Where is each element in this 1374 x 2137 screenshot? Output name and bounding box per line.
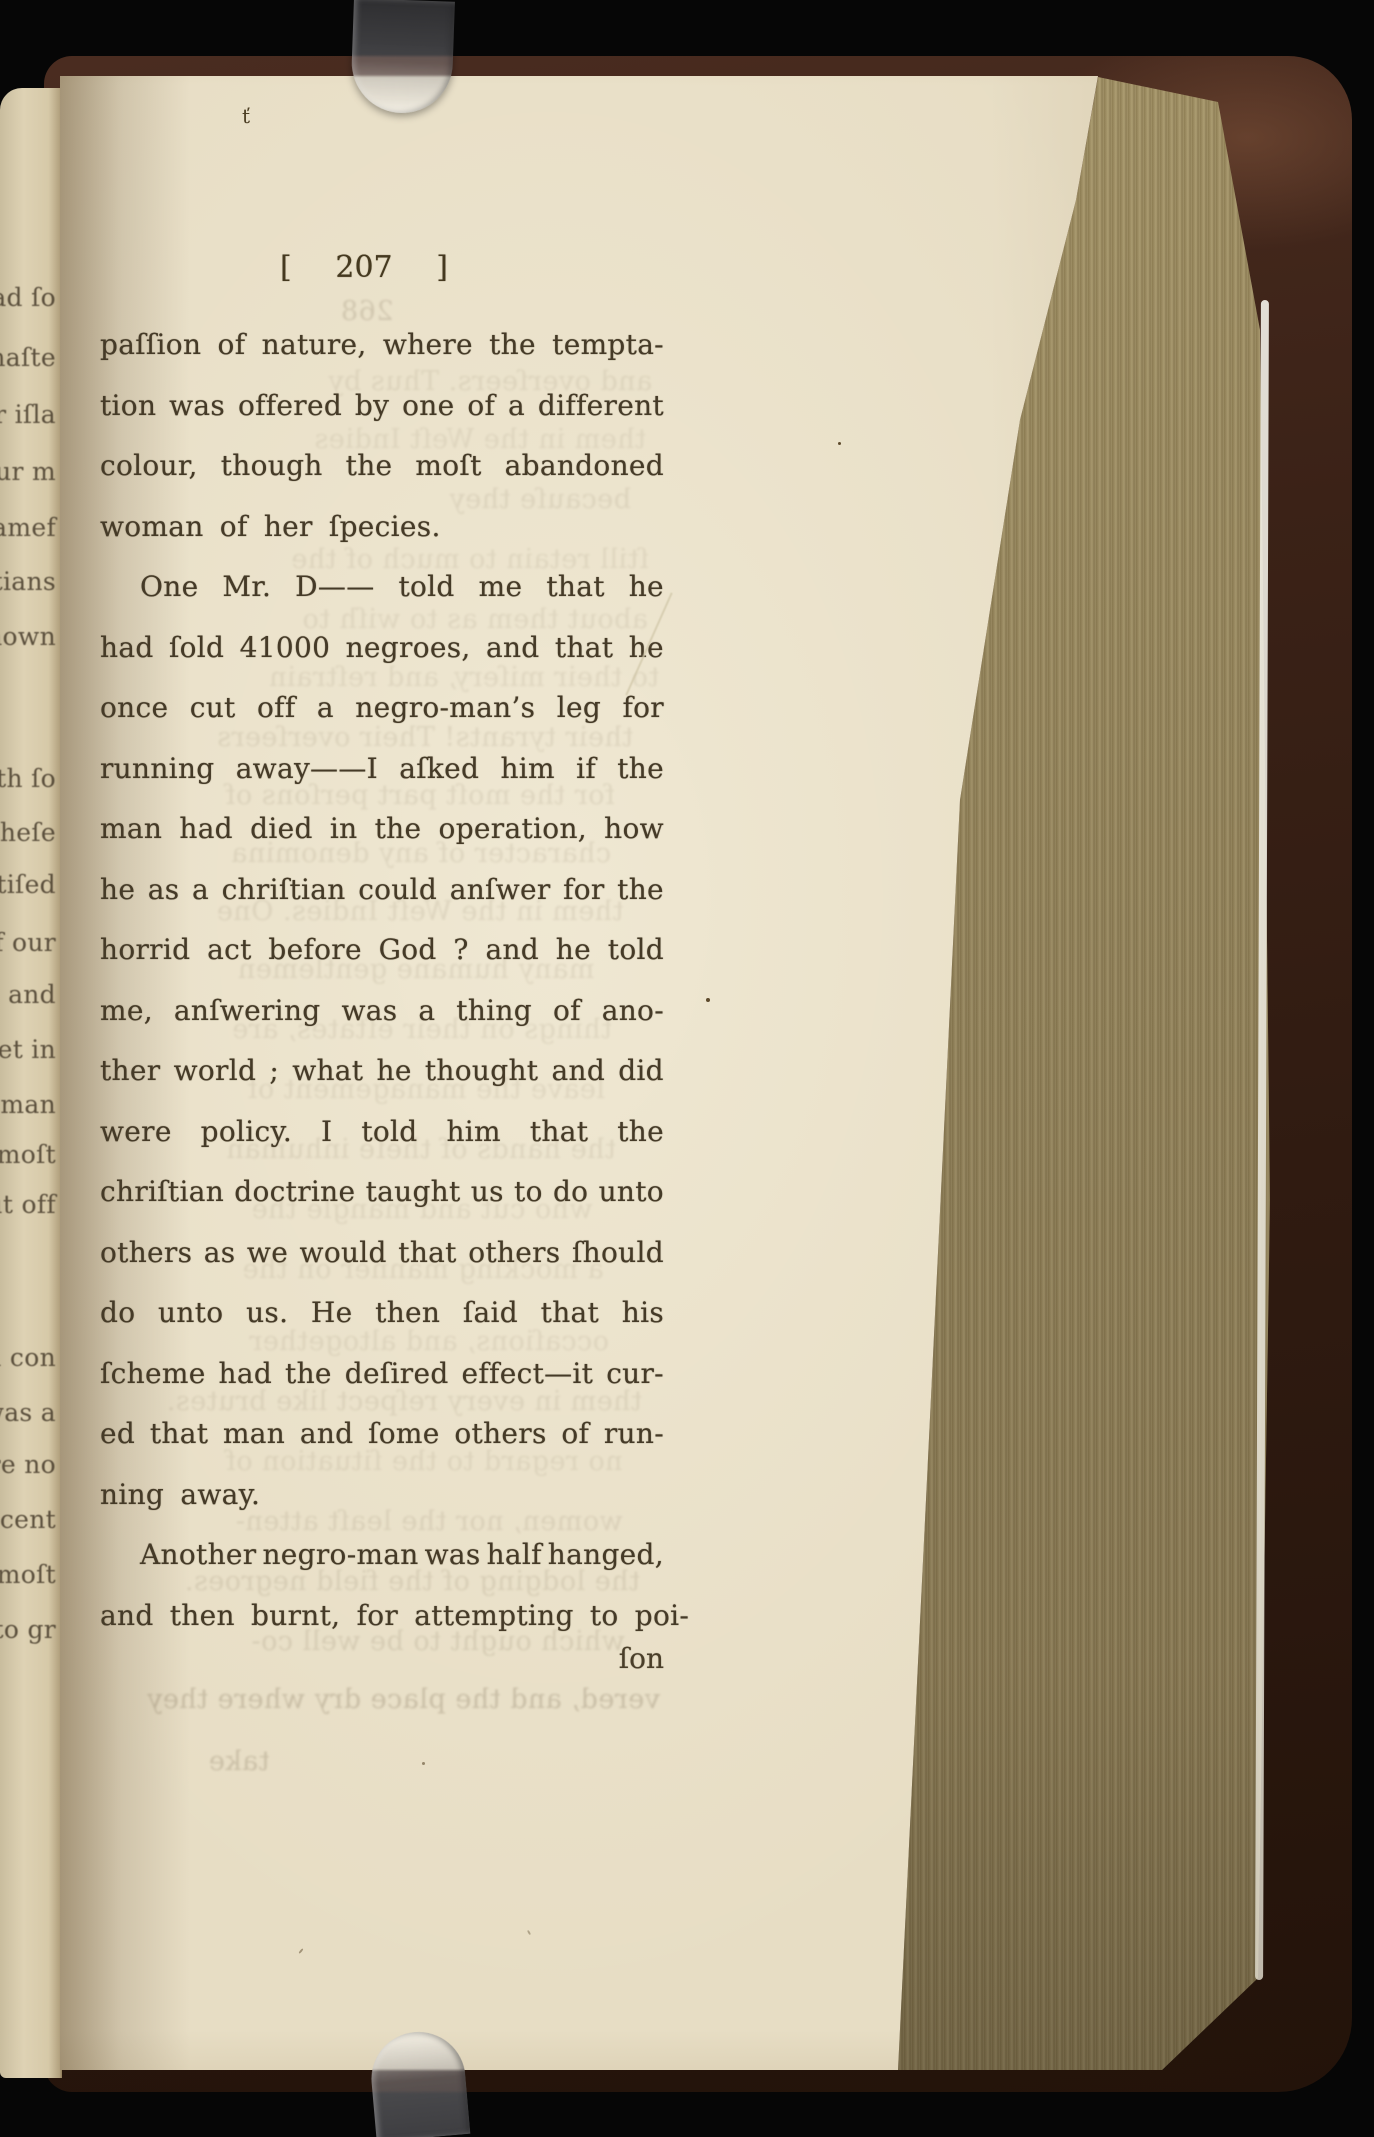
text-line: woman of her ſpecies. [100,510,664,543]
word: that [150,1417,208,1450]
text-line: othersaswewouldthatothersſhould [100,1236,664,1269]
word: he [556,933,591,966]
word: though [221,449,323,482]
word: effect—it [462,1357,594,1390]
bleedthrough-line: them in every reſpect like brutes. [200,1386,642,1417]
word: negro-man [262,1538,418,1571]
text-line: Anothernegro-manwashalfhanged, [100,1538,664,1571]
word: abandoned [505,449,664,482]
text-line: colour,thoughthemoſtabandoned [100,449,664,482]
word: ſhould [572,1236,664,1269]
word: One [140,570,198,603]
page-edge-text-fragment: een con [0,1343,56,1372]
page-edge-text-fragment: yet in [0,1035,56,1064]
word: others [454,1417,546,1450]
page-edge-text-fragment: o was a [0,1398,56,1427]
word: was [425,1538,481,1571]
ink-mark: ť [242,104,250,128]
word: away——I [236,752,378,785]
word: policy. [201,1115,292,1148]
word: unto [599,1175,664,1208]
word: were [100,1115,172,1148]
word: taught [366,1175,461,1208]
word: had [179,812,233,845]
word: told [398,570,454,603]
page-edge-text-fragment: t ſhamef [0,513,56,542]
word: run- [604,1417,664,1450]
text-line: horridactbeforeGod?andhetold [100,933,664,966]
page-edge-text-fragment: ve had ſo [0,283,56,312]
word: unto [158,1296,223,1329]
paper-speck [838,442,841,445]
word: anſwer [450,873,551,906]
word: told [608,933,664,966]
page-edge-text-fragment: innocent [0,1505,56,1534]
bleedthrough-line: to their miſery, and reſtrain [268,662,660,693]
text-line: heasachriſtiancouldanſwerforthe [100,873,664,906]
page-number-header: [ 207 ] [280,250,448,285]
word: that [398,1236,456,1269]
text-line: ning away. [100,1478,664,1511]
bleedthrough-line: occaſions, and altogether [238,1326,620,1357]
text-line: chriſtiandoctrinetaughtustodounto [100,1175,664,1208]
word: the [285,1357,332,1390]
text-line: dountous.Hethenſaidthathis [100,1296,664,1329]
word: once [100,691,168,724]
word: the [489,328,536,361]
word: told [361,1115,417,1148]
word: for [563,873,605,906]
word: 41000 [240,631,331,664]
page-edge-text-fragment: were no [0,1450,56,1479]
word: anſwering [174,994,321,1027]
word: ſome [368,1417,440,1450]
word: he [100,873,135,906]
word: us [471,1175,504,1208]
word: ? [453,933,468,966]
page-edge-text-fragment: n with ſo [0,764,56,793]
word: his [622,1296,664,1329]
word: the [617,1115,664,1148]
word: colour, [100,449,198,482]
bleedthrough-line: women, nor the leaſt atten- [228,1506,630,1537]
word: do [553,1175,588,1208]
word: off [257,691,295,724]
bleedthrough-line: no regard to the ſituation of [218,1446,630,1477]
page-edge-text-fragment: t moſt [0,1140,56,1169]
word: then [375,1296,440,1329]
word: man [223,1417,285,1450]
word: that [530,1115,588,1148]
word: and [485,933,539,966]
word: I [321,1115,332,1148]
word: and [300,1417,354,1450]
text-line: oncecutoffanegro-man’slegfor [100,691,664,724]
text-line: edthatmanandſomeothersofrun- [100,1417,664,1450]
text-line: hadſold41000negroes,andthathe [100,631,664,664]
word: him [500,752,554,785]
word: hanged, [548,1538,664,1571]
word: tempta- [552,328,664,361]
word: us. [246,1296,288,1329]
text-line: me,anſweringwasathingofano- [100,994,664,1027]
word: ſold [169,631,224,664]
word: ther [100,1054,160,1087]
word: running [100,752,215,785]
word: act [207,933,252,966]
word: a [418,994,435,1027]
word: negro-man’s [355,691,535,724]
page-edge-text-fragment: ne of our [0,928,56,957]
word: had [100,631,154,664]
text-line: and then burnt, for attempting to poi- [100,1599,664,1632]
word: that [541,1296,599,1329]
word: man [100,812,162,845]
word: him [446,1115,500,1148]
text-line: werepolicy.Itoldhimthatthe [100,1115,664,1148]
word: the [375,812,422,845]
text-line: tionwasofferedbyoneofadifferent [100,389,664,422]
word: before [268,933,361,966]
word: tion [100,389,156,422]
word: cur- [606,1357,664,1390]
text-line: therworld;whathethoughtanddid [100,1054,664,1087]
word: and [552,1054,606,1087]
page-edge-text-fragment: theſe [0,818,56,847]
word: did [618,1054,664,1087]
page-edge-text-fragment: my maſte [0,343,56,372]
word: if [576,752,596,785]
page-number: 207 [335,250,392,285]
word: where [383,328,473,361]
book-scan-photo: 268and overſeers. Thus bythem in the Weſ… [0,0,1374,2137]
page-edge-text-fragment: actiſed [0,870,56,899]
header-left-bracket: [ [280,250,292,285]
word: different [538,389,664,422]
word: a [192,873,209,906]
word: that [555,631,613,664]
word: operation, [439,812,587,845]
word: the [346,449,393,482]
word: of [467,389,495,422]
page-edge-text-fragment: ther iſla [0,400,56,429]
bleedthrough-line: take [202,1746,276,1777]
text-line: manhaddiedintheoperation,how [100,812,664,845]
word: the [617,752,664,785]
word: had [219,1357,273,1390]
catchword: ſon [100,1642,664,1675]
word: chriſtian [100,1175,224,1208]
paper-speck [706,998,710,1002]
word: thought [425,1054,539,1087]
word: as [204,1236,236,1269]
bleedthrough-line: vered, and the place dry where they [178,1684,660,1715]
header-right-bracket: ] [436,250,448,285]
word: ſcheme [100,1357,206,1390]
word: thing [456,994,532,1027]
page-edge-text-fragment: ate and [0,980,56,1009]
word: horrid [100,933,190,966]
bleedthrough-line: 268 [322,296,412,327]
word: that [546,570,604,603]
word: He [311,1296,353,1329]
word: was [169,389,225,422]
text-line: ſchemehadthedeſiredeffect—itcur- [100,1357,664,1390]
word: could [358,873,437,906]
previous-page-edge [0,88,62,2078]
bleedthrough-line: their tyrants! Their overſeers [210,722,640,753]
page-edge-text-fragment: gro man [0,1090,56,1119]
word: by [355,389,389,422]
word: paſſion [100,328,201,361]
word: world [174,1054,257,1087]
word: Another [140,1538,256,1571]
word: D—— [295,570,374,603]
page-edge-text-fragment: wn our m [0,457,56,486]
word: one [402,389,454,422]
word: others [468,1236,560,1269]
word: deſired [345,1357,449,1390]
word: aſked [399,752,479,785]
word: ; [269,1054,279,1087]
word: to [514,1175,543,1208]
text-line: OneMr.D——toldmethathe [100,570,664,603]
word: died [250,812,313,845]
word: offered [238,389,342,422]
page-edge-text-fragment: riſtians [0,567,56,596]
word: Mr. [222,570,271,603]
text-line: paſſionofnature,wherethetempta- [100,328,664,361]
word: doctrine [234,1175,355,1208]
page-edge-text-fragment: but moſt [0,1560,56,1589]
word: moſt [415,449,481,482]
word: the [617,873,664,906]
word: for [622,691,664,724]
word: ed [100,1417,135,1450]
word: me, [100,994,153,1027]
word: of [561,1417,589,1450]
word: leg [557,691,601,724]
page-edge-text-fragment: cut off [0,1190,56,1219]
paper-speck [422,1762,425,1765]
word: as [148,873,180,906]
word: do [100,1296,135,1329]
word: a [508,389,525,422]
word: was [341,994,397,1027]
word: he [377,1054,412,1087]
page-edge-text-fragment: ly to gr [0,1615,56,1644]
word: half [487,1538,542,1571]
page-edge-text-fragment: known [0,622,56,651]
word: others [100,1236,192,1269]
word: in [330,812,358,845]
word: ano- [602,994,664,1027]
word: how [604,812,664,845]
word: of [553,994,581,1027]
word: would [300,1236,387,1269]
word: God [379,933,437,966]
word: nature, [262,328,367,361]
word: cut [190,691,236,724]
word: we [247,1236,288,1269]
word: and [486,631,540,664]
word: he [629,570,664,603]
word: negroes, [346,631,471,664]
word: what [292,1054,363,1087]
word: of [218,328,246,361]
word: chriſtian [222,873,346,906]
text-line: runningaway——Iaſkedhimifthe [100,752,664,785]
word: a [317,691,334,724]
word: me [479,570,523,603]
word: ſaid [463,1296,518,1329]
